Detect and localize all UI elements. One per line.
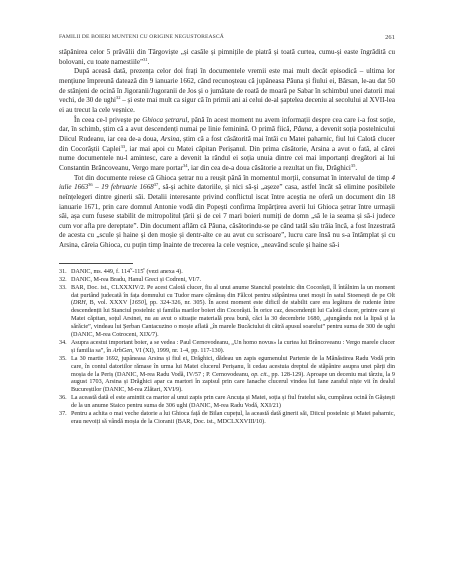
name-pauna: Păuna [293, 125, 311, 133]
name-arsina: Arsina [161, 135, 180, 143]
footnote-33: 33. BAR, Doc. ist., CLXXXIV/2. Pe acest … [59, 285, 395, 340]
paragraph-4: Tot din documente reiese că Ghioca șetra… [59, 174, 395, 251]
footnote-31: 31. DANIC, ms. 449, f. 114v-115r (vezi a… [59, 269, 395, 277]
date-end: 19 februarie 1668 [101, 183, 153, 191]
book-page: FAMILII DE BOIERI MUNTENI CU ORIGINE NEG… [59, 33, 395, 427]
footnote-37: 37. Pentru a achita o mai veche datorie … [59, 411, 395, 427]
footnote-34: 34. Asupra acestui important boier, a se… [59, 340, 395, 356]
footnote-32: 32. DANIC, M-rea Bradu, Hanul Greci și C… [59, 277, 395, 285]
footnotes: 31. DANIC, ms. 449, f. 114v-115r (vezi a… [59, 269, 395, 427]
name-ghioca: Ghioca șetrarul [142, 116, 187, 124]
paragraph-1: stăpânirea celor 5 prăvălii din Târgoviș… [59, 48, 395, 67]
running-head: FAMILII DE BOIERI MUNTENI CU ORIGINE NEG… [59, 33, 395, 42]
page-number: 261 [385, 33, 395, 42]
footnote-35: 35. La 30 martie 1692, jupâneasa Arsina … [59, 356, 395, 396]
footnote-divider [59, 263, 133, 264]
running-head-title: FAMILII DE BOIERI MUNTENI CU ORIGINE NEG… [59, 33, 224, 42]
footnote-36: 36. La această dată el este amintit ca m… [59, 395, 395, 411]
paragraph-2: După aceasă dată, prezența celor doi fra… [59, 67, 395, 115]
main-text: stăpânirea celor 5 prăvălii din Târgoviș… [59, 48, 395, 251]
paragraph-3: În ceea ce-l privește pe Ghioca șetrarul… [59, 116, 395, 174]
